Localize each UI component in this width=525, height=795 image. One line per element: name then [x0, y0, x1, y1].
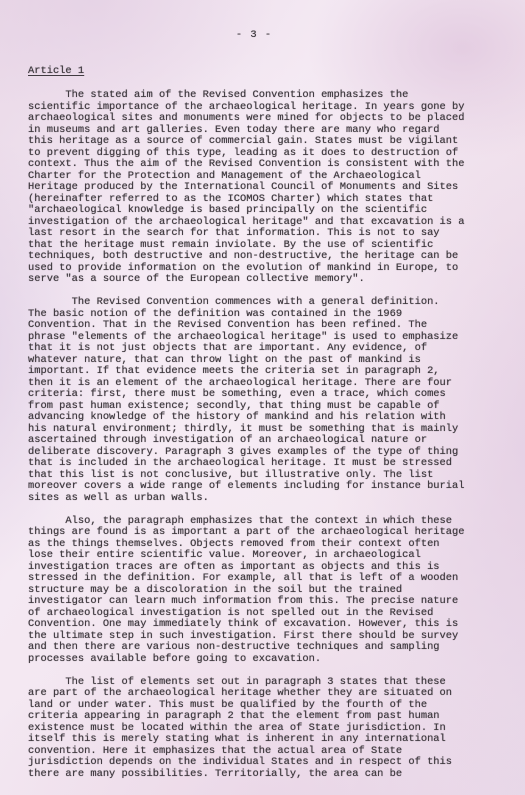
- paragraph-1: The stated aim of the Revised Convention…: [28, 90, 498, 286]
- paragraph-2: The Revised Convention commences with a …: [28, 297, 498, 504]
- scanned-document-page: - 3 - Article 1 The stated aim of the Re…: [0, 0, 525, 795]
- article-heading: Article 1: [28, 65, 84, 77]
- document-body: The stated aim of the Revised Convention…: [28, 90, 498, 792]
- paragraph-3: Also, the paragraph emphasizes that the …: [28, 516, 498, 666]
- page-number: - 3 -: [28, 29, 480, 41]
- paragraph-4: The list of elements set out in paragrap…: [28, 677, 498, 781]
